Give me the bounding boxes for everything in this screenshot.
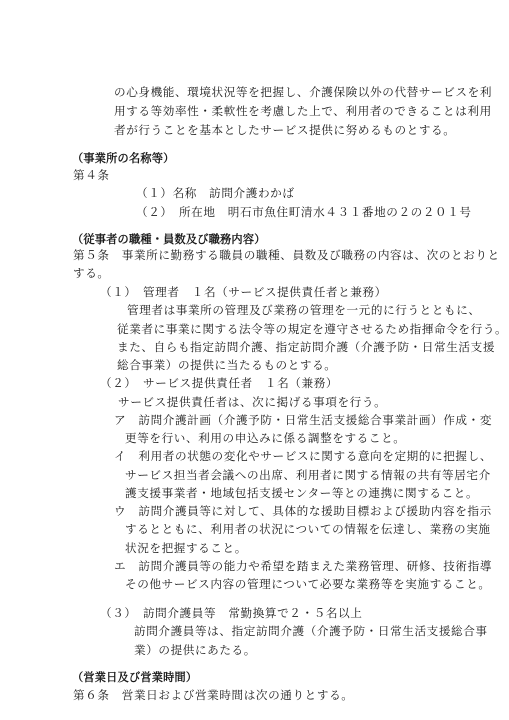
intro-line: 者が行うことを基本としたサービス提供に努めるものとする。: [114, 121, 455, 139]
article5-line: 第５条 事業所に勤務する職員の職種、員数及び職務の内容は、次のとおりと: [73, 246, 500, 264]
item1-body: 総合事業）の提供に当たるものとする。: [117, 356, 337, 374]
item3-body: 訪問介護員等は、指定訪問介護（介護予防・日常生活支援総合事: [134, 622, 488, 640]
item1-title: （１） 管理者 １名（サービス提供責任者と兼務）: [100, 283, 387, 301]
intro-line: の心身機能、環境状況等を把握し、介護保険以外の代替サービスを利: [114, 83, 492, 101]
article5-line: する。: [73, 264, 110, 282]
subitem-line: ア 訪問介護計画（介護予防・日常生活支援総合事業計画）作成・変: [114, 411, 492, 429]
subitem-line: サービス担当者会議への出席、利用者に関する情報の共有等居宅介: [125, 466, 491, 484]
article6-line: 第６条 営業日および営業時間は次の通りとする。: [73, 686, 353, 704]
subitem-line: その他サービス内容の管理について必要な業務等を実施すること。: [125, 575, 491, 593]
article6-heading: （営業日及び営業時間）: [72, 669, 197, 687]
subitem-line: するとともに、利用者の状況についての情報を伝達し、業務の実施: [125, 520, 491, 538]
item2-intro: サービス提供責任者は、次に掲げる事項を行う。: [118, 393, 386, 411]
subitem-line: 更等を行い、利用の申込みに係る調整をすること。: [125, 429, 405, 447]
subitem-line: 状況を把握すること。: [125, 539, 247, 557]
item1-body: 従業者に事業に関する法令等の規定を遵守させるため指揮命令を行う。: [117, 320, 507, 338]
subitem-line: エ 訪問介護員等の能力や希望を踏まえた業務管理、研修、技術指導: [114, 557, 492, 575]
subitem-line: イ 利用者の状態の変化やサービスに関する意向を定期的に把握し、: [114, 447, 492, 465]
article4-item: （２） 所在地 明石市魚住町清水４３１番地の２の２０１号: [136, 203, 472, 221]
item2-title: （２） サービス提供責任者 １名（兼務）: [100, 374, 338, 392]
item3-body: 業）の提供にあたる。: [134, 641, 256, 659]
subitem-line: 護支援事業者・地域包括支援センター等との連携に関すること。: [125, 484, 478, 502]
item3-title: （３） 訪問介護員等 常勤換算で２・５名以上: [100, 604, 362, 622]
subitem-line: ウ 訪問介護員等に対して、具体的な援助目標および援助内容を指示: [114, 502, 492, 520]
intro-line: 用する等効率性・柔軟性を考慮した上で、利用者のできることは利用: [114, 102, 492, 120]
article4-label: 第４条: [73, 166, 110, 184]
item1-body: また、自らも指定訪問介護、指定訪問介護（介護予防・日常生活支援: [117, 338, 495, 356]
article4-item: （１）名称 訪問介護わかば: [136, 184, 295, 202]
item1-body: 管理者は事業所の管理及び業務の管理を一元的に行うとともに、: [127, 301, 481, 319]
